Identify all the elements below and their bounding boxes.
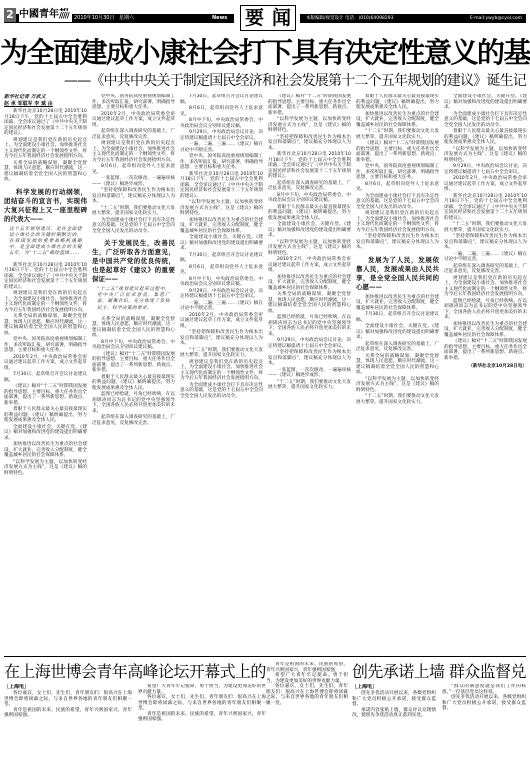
paragraph: 着眼于人民群众最关心最直接最现实的利益问题，《建议》稿明确提出，努力使发展成果惠… (92, 375, 175, 392)
paragraph: 全面建设小康社会，关键在党。《建议》稿对加强和改进党的建设提出明确要求。 (444, 94, 527, 111)
paragraph: 起草组在深入调查研究的基础上，广泛征求意见，反复修改完善。 (92, 415, 175, 426)
story-tag: ［上海电］ (4, 684, 29, 690)
paragraph: “以科学发展为主题，以加快转变经济发展方式为主线”，这是《建议》稿的鲜明特色。 (268, 117, 351, 134)
paragraph: 9月29日，中央政治局会议讨论，决定将建议稿提请十七届五中全会审议。 (180, 130, 263, 141)
paragraph: 加快推进以改善民生为重点的社会建设，扩大就业，完善收入分配制度，健全覆盖城乡居民… (180, 218, 263, 235)
article-body: 新华社记者 万武义 赵 承 邹聪军 李 斌 由 新华社北京10月28日电 201… (4, 94, 528, 654)
paragraph: “十二五”时期，我们要推动文化大发展大繁荣，提升国家文化软实力。 (356, 394, 439, 405)
paragraph: 为全面建成小康社会打下具有决定性意义的基础，这是党的十七届五中全会向全党全国人民… (92, 218, 175, 235)
paragraph: “坚持把保障和改善民生作为根本出发点和落脚点”，建议稿充分体现以人为本。 (268, 350, 351, 367)
paragraph: 2010年2月，中央政治局常委会审议通过建议起草工作方案，成立文件起草组。 (444, 176, 527, 193)
paragraph: 8月中下旬，中央政治局常委会、中央政治局会议分别审议建议稿。 (92, 340, 175, 351)
paragraph: “坚持把保障和改善民生作为根本出发点和落脚点”，建议稿充分体现以人为本。 (444, 234, 527, 251)
paragraph: 新华社北京10月28日电 2010年10月18日下午，党的十七届五中全会胜利闭幕… (180, 172, 263, 200)
paragraph: “以科学发展为主题，以加快转变经济发展方式为主线”，这是《建议》稿的鲜明特色。 (444, 147, 527, 164)
paragraph: “坚持把保障和改善民生作为根本出发点和落脚点”，建议稿充分体现以人为本。 (180, 330, 263, 347)
paragraph: 起草组在深入调查研究的基础上，广泛征求意见，反复修改完善。 (444, 264, 527, 275)
paragraph: 《建议》稿对“十二五”时期我国发展的指导思想、主要目标、重大任务作出全面部署，提… (4, 384, 87, 406)
article-column-3: 7月30日，起草组召开会议讨论建议稿。 8月6日，起草组向党外人士征求意见。 8… (180, 94, 263, 654)
issue-date: 2010年10月30日 (74, 14, 114, 23)
paragraph: 2010年2月，中央政治局常委会审议通过建议起草工作方案，成立文件起草组。 (180, 313, 263, 330)
paragraph: 青年是祖国的未来、民族的希望，青年兴则国家兴，青年强则国家强。 (266, 662, 348, 673)
paragraph: 《建议》稿对“十二五”时期我国发展的指导思想、主要目标、重大任务作出全面部署，提… (356, 141, 439, 163)
page-number: 2 (4, 8, 16, 22)
paragraph: 关系全局的战略谋划，凝聚全党智慧，体现人民意愿，顺应时代潮流，这一建议稿凝结着全… (92, 317, 175, 339)
paragraph: 创先争优活动开展以来，各级党组织和广大党员积极公开承诺，接受群众监督。 (442, 695, 526, 712)
paragraph: 为全面建成小康社会打下具有决定性意义的基础，这是党的十七届五中全会向全党全国人民… (180, 383, 263, 400)
paragraph: “十二五”时期，我们要推动文化大发展大繁荣，提升国家文化软实力。 (444, 222, 527, 233)
section-title: 要 闻 (240, 5, 296, 31)
paragraph: 规划建议是我们党在新的历史起点上，为全面建设小康社会、加快推进社会主义现代化而制… (356, 211, 439, 233)
paragraph: 承诺内容张贴上墙，群众评议兑现情况，使创先争优活动真正落到实处。 (352, 708, 436, 719)
paragraph: 加快推进以改善民生为重点的社会建设，扩大就业，完善收入分配制度，健全覆盖城乡居民… (356, 112, 439, 129)
section-subheading: 科学发展的行动纲领，团结奋斗的宣言书，实现伟大复兴征程上又一座里程碑的代表大—— (4, 188, 87, 224)
story-tag: ［上海电］ (352, 684, 377, 690)
paragraph: 蓝图已经绘就，号角已经吹响。在以胡锦涛同志为总书记的党中央坚强领导下，全国各族人… (92, 392, 175, 414)
paragraph: 7月30日，起草组召开会议讨论建议稿。 (4, 372, 87, 383)
paragraph: 8月6日，起草组向党外人士征求意见。 (356, 182, 439, 193)
paragraph: 关系全局的战略谋划，凝聚全党智慧，体现人民意愿，顺应时代潮流，这一建议稿凝结着全… (356, 354, 439, 376)
paragraph: 关系全局的战略谋划，凝聚全党智慧，体现人民意愿，顺应时代潮流，这一建议稿凝结着全… (4, 314, 87, 336)
main-headline: 为全面建成小康社会打下具有决定性意义的基础 (0, 36, 530, 70)
paragraph: 全面建设小康社会，关键在党。《建议》稿对加强和改进党的建设提出明确要求。 (356, 324, 439, 341)
paragraph: “十二五”时期，我们要推动文化大发展大繁荣，提升国家文化软实力。 (92, 206, 175, 217)
paragraph: “以科学发展为主题，以加快转变经济发展方式为主线”，这是《建议》稿的鲜明特色。 (268, 240, 351, 257)
paragraph: “坚持把保障和改善民生作为根本出发点和落脚点”，建议稿充分体现以人为本。 (92, 188, 175, 205)
paragraph: 着眼于人民群众最关心最直接最现实的利益问题，《建议》稿明确提出，努力使发展成果惠… (444, 129, 527, 146)
paragraph: 党中央、国务院高度重视规划编制工作，多次听取汇报，研究部署，明确指导思想、主要目… (356, 164, 439, 181)
paragraph: 加快推进以改善民生为重点的社会建设，扩大就业，完善收入分配制度，健全覆盖城乡居民… (268, 275, 351, 292)
paragraph: 7月30日，起草组召开会议讨论建议稿。 (180, 253, 263, 264)
story-column: “群众的满意度就是我们工作的标准。”一位基层党员这样说。 创先争优活动开展以来，… (442, 684, 526, 759)
paragraph: 新华社北京10月28日电 2010年10月18日下午，党的十七届五中全会胜利闭幕… (4, 263, 87, 291)
paragraph: “以科学发展为主题，以加快转变经济发展方式为主线”，这是《建议》稿的鲜明特色。 (4, 460, 87, 477)
news-label: News (212, 14, 227, 23)
paragraph: 为全面建成小康社会打下具有决定性意义的基础，这是党的十七届五中全会向全党全国人民… (356, 194, 439, 211)
paragraph: 党中央、国务院高度重视规划编制工作，多次听取汇报，研究部署，明确指导思想、主要目… (180, 154, 263, 171)
sub-headline: ——《中共中央关于制定国民经济和社会发展第十二个五年规划的建议》诞生记 (0, 72, 530, 90)
section-subheading: 发展为了人民，发展依靠人民，发展成果由人民共享，是全党全国人民共同的心愿—— (356, 256, 439, 292)
article-column-1: 新华社记者 万武义 赵 承 邹聪军 李 斌 由 新华社北京10月28日电 201… (4, 94, 87, 654)
paragraph: 《建议》稿对“十二五”时期我国发展的指导思想、主要目标、重大任务作出全面部署，提… (444, 339, 527, 361)
story-column: ［上海电］ 各位嘉宾，女士们，先生们，青年朋友们：很高兴在上海世博会即将闭幕之际… (4, 684, 132, 759)
paragraph: 7月30日，起草组召开会议讨论建议稿。 (356, 312, 439, 323)
email-contact: E-mail:ywyb@cyol.com (470, 14, 522, 23)
paragraph: 8月中下旬，中央政治局常委会、中央政治局会议分别审议建议稿。 (180, 277, 263, 288)
paragraph: 蓝图已经绘就，号角已经吹响。在以胡锦涛同志为总书记的党中央坚强领导下，全国各族人… (268, 315, 351, 337)
issue-weekday: 星期六 (119, 14, 134, 23)
paragraph: 9月29日，中央政治局会议讨论，决定将建议稿提请十七届五中全会审议。 (444, 164, 527, 175)
paragraph: 规划建议是我们党在新的历史起点上，为全面建设小康社会、加快推进社会主义现代化而制… (180, 360, 263, 382)
paragraph: 党中央、国务院高度重视规划编制工作，多次听取汇报，研究部署，明确指导思想、主要目… (92, 94, 175, 111)
section-divider (4, 656, 526, 657)
paragraph: 关系全局的战略谋划，凝聚全党智慧，体现人民意愿，顺应时代潮流，这一建议稿凝结着全… (268, 292, 351, 314)
paragraph: 2010年2月，中央政治局常委会审议通过建议起草工作方案，成立文件起草组。 (268, 257, 351, 274)
paragraph: 加快推进以改善民生为重点的社会建设，扩大就业，完善收入分配制度，健全覆盖城乡居民… (444, 322, 527, 339)
paragraph: 9月29日，中央政治局会议讨论，决定将建议稿提请十七届五中全会审议。 (180, 289, 263, 300)
pull-quote: 这个五年规划建议，是在全面建设小康社会的关键时期制定的，在我国发展的重要战略机遇… (4, 227, 87, 258)
paragraph: 8月中下旬，中央政治局常委会、中央政治局会议分别审议建议稿。 (180, 118, 263, 129)
masthead: 2 中國青年報 ///// 2010年10月30日 星期六 News 要 闻 本… (4, 8, 526, 30)
paragraph: 起草组在深入调查研究的基础上，广泛征求意见，反复修改完善。 (92, 129, 175, 140)
paragraph: 《建议》稿对“十二五”时期我国发展的指导思想、主要目标、重大任务作出全面部署，提… (268, 94, 351, 116)
paragraph: 规划建议是我们党在新的历史起点上，为全面建设小康社会、加快推进社会主义现代化而制… (4, 291, 87, 313)
paragraph: 一遍、二遍、三遍……《建议》稿在讨论中不断完善。 (180, 142, 263, 153)
paragraph: 关系全局的战略谋划，凝聚全党智慧，体现人民意愿，顺应时代潮流，这一建议稿凝结着全… (4, 161, 87, 183)
paragraph: 加快推进以改善民生为重点的社会建设，扩大就业，完善收入分配制度，健全覆盖城乡居民… (356, 295, 439, 312)
bottom-story-right: 创先承诺上墙 群众监督兑现 ［上海电］ 创先争优活动开展以来，各级党组织和广大党… (352, 662, 526, 759)
paragraph: “以科学发展为主题，以加快转变经济发展方式为主线”，这是《建议》稿的鲜明特色。 (180, 200, 263, 217)
paragraph: 一张蓝图，一次次修改，一遍遍审核——《建议》稿逐步成形。 (268, 368, 351, 379)
paragraph: 起草组在深入调查研究的基础上，广泛征求意见，反复修改完善。 (356, 342, 439, 353)
bottom-story-left-continued (182, 662, 252, 759)
paragraph: 加快推进以改善民生为重点的社会建设，扩大就业，完善收入分配制度，健全覆盖城乡居民… (4, 442, 87, 459)
paragraph: 蓝图已经绘就，号角已经吹响。在以胡锦涛同志为总书记的党中央坚强领导下，全国各族人… (444, 299, 527, 321)
paragraph: 《建议》稿对“十二五”时期我国发展的指导思想、主要目标、重大任务作出全面部署，提… (92, 352, 175, 374)
story-column: 青年是祖国的未来、民族的希望，青年兴则国家兴，青年强则国家强。 希望广大青年牢记… (266, 662, 348, 759)
paragraph: 8月6日，起草组向党外人士征求意见。 (180, 265, 263, 276)
paragraph: 一张蓝图，一次次修改，一遍遍审核——《建议》稿逐步成形。 (92, 176, 175, 187)
paragraph: 规划建议是我们党在新的历史起点上，为全面建设小康社会、加快推进社会主义现代化而制… (444, 276, 527, 298)
paragraph: 着眼于人民群众最关心最直接最现实的利益问题，《建议》稿明确提出，努力使发展成果惠… (4, 407, 87, 424)
paragraph: 新华社北京10月28日电 2010年10月18日下午，党的十七届五中全会胜利闭幕… (444, 194, 527, 222)
paragraph: 着眼于人民群众最关心最直接最现实的利益问题，《建议》稿明确提出，努力使发展成果惠… (356, 94, 439, 111)
paragraph: “坚持把保障和改善民生作为根本出发点和落脚点”，建议稿充分体现以人为本。 (268, 135, 351, 152)
section-char-1: 要 (245, 6, 264, 30)
bottom-story-middle-column: 青年是祖国的未来、民族的希望，青年兴则国家兴，青年强则国家强。 希望广大青年牢记… (266, 662, 348, 759)
article-signature: （新华社北京10月28日电） (444, 364, 527, 370)
paragraph: 规划建议是我们党在新的历史起点上，为全面建设小康社会、加快推进社会主义现代化而制… (4, 138, 87, 160)
story-column: ［上海电］ 创先争优活动开展以来，各级党组织和广大党员积极公开承诺，接受群众监督… (352, 684, 436, 759)
paragraph: 规划建议是我们党在新的历史起点上，为全面建设小康社会、加快推进社会主义现代化而制… (92, 141, 175, 163)
article-column-4: 《建议》稿对“十二五”时期我国发展的指导思想、主要目标、重大任务作出全面部署，提… (268, 94, 351, 654)
paragraph: 全面建设小康社会，关键在党。《建议》稿对加强和改进党的建设提出明确要求。 (268, 222, 351, 239)
paragraph: 创先争优活动开展以来，各级党组织和广大党员积极公开承诺，接受群众监督。 (352, 691, 436, 708)
story-title[interactable]: 创先承诺上墙 群众监督兑现 (352, 662, 526, 682)
paragraph: 起草组在深入调查研究的基础上，广泛征求意见，反复修改完善。 (268, 181, 351, 192)
article-column-6: 全面建设小康社会，关键在党。《建议》稿对加强和改进党的建设提出明确要求。 为全面… (444, 94, 527, 654)
paragraph: 希望广大青年牢记使命，勇于担当，为建设更加美好的世界贡献力量。 (266, 673, 348, 684)
paragraph: 新华社北京10月28日电 2010年10月18日下午，党的十七届五中全会胜利闭幕… (4, 109, 87, 137)
paragraph: 7月30日，起草组召开会议讨论建议稿。 (180, 94, 263, 105)
paragraph: “群众的满意度就是我们工作的标准。”一位基层党员这样说。 (442, 684, 526, 695)
paragraph: 着眼于人民群众最关心最直接最现实的利益问题，《建议》稿明确提出，努力使发展成果惠… (268, 205, 351, 222)
paragraph: “十二五”时期，我们要推动文化大发展大繁荣，提升国家文化软实力。 (180, 348, 263, 359)
paragraph: “十二五”时期，我们要推动文化大发展大繁荣，提升国家文化软实力。 (356, 129, 439, 140)
paragraph: 一遍、二遍、三遍……《建议》稿在讨论中不断完善。 (180, 301, 263, 312)
paragraph: “以科学发展为主题，以加快转变经济发展方式为主线”，这是《建议》稿的鲜明特色。 (356, 377, 439, 394)
paragraph: 全面建设小康社会，关键在党。《建议》稿对加强和改进党的建设提出明确要求。 (180, 235, 263, 252)
byline-agency: 新华社记者 万武义 (4, 94, 87, 101)
paragraph: 8月6日，起草组向党外人士征求意见。 (92, 164, 175, 175)
section-char-2: 闻 (272, 6, 291, 30)
paragraph: 党中央、国务院高度重视规划编制工作，多次听取汇报，研究部署，明确指导思想、主要目… (4, 337, 87, 354)
paragraph: 2010年2月，中央政治局常委会审议通过建议起草工作方案，成立文件起草组。 (92, 112, 175, 129)
paragraph: 8月中下旬，中央政治局常委会、中央政治局会议分别审议建议稿。 (268, 193, 351, 204)
paragraph: 全面建设小康社会，关键在党。《建议》稿对加强和改进党的建设提出明确要求。 (4, 425, 87, 442)
paragraph: 2010年2月，中央政治局常委会审议通过建议起草工作方案，成立文件起草组。 (4, 355, 87, 372)
pull-quote: “十二五”规划建议起草过程中，党中央广泛征求意见，集思广益，凝聚共识，充分体现了… (92, 287, 175, 312)
paragraph: 为全面建成小康社会打下具有决定性意义的基础，这是党的十七届五中全会向全党全国人民… (444, 112, 527, 129)
section-subheading: 关于发展民生，改善民生，广泛听取各方面意见，是中国共产党的优良传统，也是起草好《… (92, 239, 175, 284)
paragraph: 8月6日，起草组向党外人士征求意见。 (180, 106, 263, 117)
paragraph: “坚持把保障和改善民生作为根本出发点和落脚点”，建议稿充分体现以人为本。 (356, 234, 439, 251)
editor-info: 本版编辑/视觉设计 电话：(010)64098293 (306, 14, 393, 23)
paragraph: 各位嘉宾，女士们，先生们，青年朋友们：很高兴在上海世博会即将闭幕之际，与来自世界… (266, 684, 348, 706)
paragraph: 新华社北京10月28日电 2010年10月18日下午，党的十七届五中全会胜利闭幕… (268, 152, 351, 180)
paragraph: 9月29日，中央政治局会议讨论，决定将建议稿提请十七届五中全会审议。 (268, 338, 351, 349)
paragraph: “十二五”时期，我们要推动文化大发展大繁荣，提升国家文化软实力。 (268, 380, 351, 391)
paragraph: 青年是祖国的未来、民族的希望，青年兴则国家兴，青年强则国家强。 (4, 708, 132, 719)
byline-names: 赵 承 邹聪军 李 斌 由 (4, 101, 87, 108)
paragraph: 一遍、二遍、三遍……《建议》稿在讨论中不断完善。 (444, 252, 527, 263)
decorative-slashes-icon: ///// (59, 11, 69, 20)
paragraph: 各位嘉宾，女士们，先生们，青年朋友们：很高兴在上海世博会即将闭幕之际，与来自世界… (4, 691, 132, 708)
article-column-5: 着眼于人民群众最关心最直接最现实的利益问题，《建议》稿明确提出，努力使发展成果惠… (356, 94, 439, 654)
article-column-2: 党中央、国务院高度重视规划编制工作，多次听取汇报，研究部署，明确指导思想、主要目… (92, 94, 175, 654)
